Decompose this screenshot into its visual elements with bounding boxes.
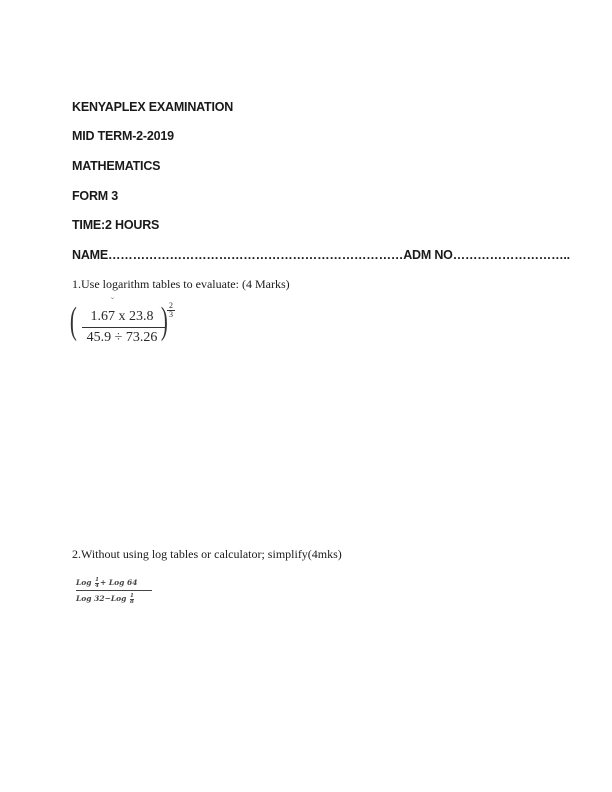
- plus-log-term: + Log 64: [100, 578, 137, 587]
- exam-subject: MATHEMATICS: [72, 159, 160, 173]
- exam-time: TIME:2 HOURS: [72, 218, 159, 232]
- small-fraction: 1 8: [130, 594, 134, 605]
- question-2-prompt: 2.Without using log tables or calculator…: [72, 547, 342, 562]
- exponent-fraction: 2 3: [167, 302, 175, 319]
- exam-page: KENYAPLEX EXAMINATION MID TERM-2-2019 MA…: [0, 0, 612, 792]
- small-fraction: 1 4: [95, 578, 99, 589]
- question-2-expression: Log 1 4 + Log 64 Log 32−Log 1 8: [76, 576, 152, 605]
- left-parenthesis: (: [70, 302, 77, 340]
- exam-term: MID TERM-2-2019: [72, 129, 174, 143]
- fraction-bar: [82, 327, 166, 328]
- exponent-numerator: 2: [169, 301, 173, 310]
- expression-numerator: Log 1 4 + Log 64: [76, 576, 152, 589]
- breve-mark: ˘: [111, 296, 114, 306]
- expression-denominator: Log 32−Log 1 8: [76, 592, 152, 605]
- expression-fraction-bar: [76, 590, 152, 591]
- fraction-denominator: 45.9 ÷ 73.26: [78, 329, 166, 347]
- small-fraction-denominator: 8: [130, 599, 134, 605]
- small-fraction-denominator: 4: [95, 583, 99, 589]
- exponent-denominator: 3: [169, 310, 173, 319]
- question-1-prompt: 1.Use logarithm tables to evaluate: (4 M…: [72, 277, 290, 292]
- exam-title: KENYAPLEX EXAMINATION: [72, 100, 233, 114]
- fraction-numerator: 1.67 x 23.8: [78, 308, 166, 326]
- name-adm-line: NAME………………………………………………………………ADM NO…………………: [72, 248, 570, 262]
- log-difference-term: Log 32−Log: [76, 594, 126, 603]
- log-term: Log: [76, 578, 92, 587]
- exam-form: FORM 3: [72, 189, 118, 203]
- main-fraction: 1.67 x 23.8 45.9 ÷ 73.26: [78, 308, 166, 347]
